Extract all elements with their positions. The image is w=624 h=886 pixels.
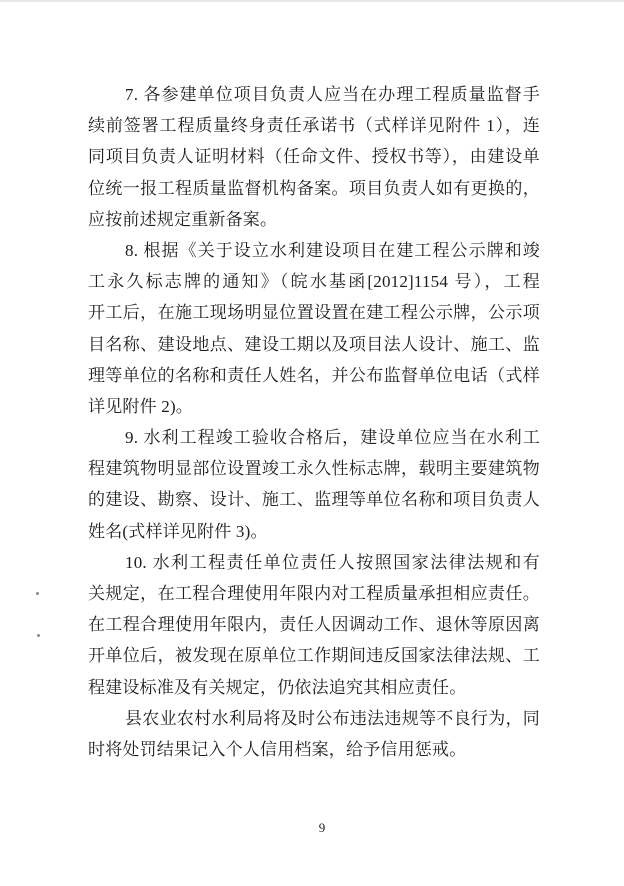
text-line: 在工程合理使用年限内，责任人因调动工作、退休等原因离	[88, 609, 540, 640]
document-text-block: 7. 各参建单位项目负责人应当在办理工程质量监督手 续前签署工程质量终身责任承诺…	[88, 79, 540, 765]
text-line: 7. 各参建单位项目负责人应当在办理工程质量监督手	[88, 79, 540, 110]
text-line: 8. 根据《关于设立水利建设项目在建工程公示牌和竣	[88, 235, 540, 266]
text-line: 关规定，在工程合理使用年限内对工程质量承担相应责任。	[88, 578, 540, 609]
scan-speck	[36, 592, 39, 595]
text-line: 理等单位的名称和责任人姓名，并公布监督单位电话（式样	[88, 360, 540, 391]
text-line: 开单位后，被发现在原单位工作期间违反国家法律法规、工	[88, 640, 540, 671]
text-line: 应按前述规定重新备案。	[88, 204, 540, 235]
text-line: 续前签署工程质量终身责任承诺书（式样详见附件 1），连	[88, 110, 540, 141]
text-line: 目名称、建设地点、建设工期以及项目法人设计、施工、监	[88, 329, 540, 360]
text-line: 姓名(式样详见附件 3)。	[88, 516, 540, 547]
text-line: 工永久标志牌的通知》（皖水基函[2012]1154 号），工程	[88, 266, 540, 297]
text-line: 同项目负责人证明材料（任命文件、授权书等），由建设单	[88, 141, 540, 172]
text-line: 详见附件 2)。	[88, 391, 540, 422]
paragraph-item-8: 8. 根据《关于设立水利建设项目在建工程公示牌和竣 工永久标志牌的通知》（皖水基…	[88, 235, 540, 422]
page-number: 9	[20, 820, 624, 836]
text-line: 县农业农村水利局将及时公布违法违规等不良行为，同	[88, 703, 540, 734]
text-line: 时将处罚结果记入个人信用档案，给予信用惩戒。	[88, 734, 540, 765]
paragraph-item-9: 9. 水利工程竣工验收合格后，建设单位应当在水利工 程建筑物明显部位设置竣工永久…	[88, 422, 540, 547]
paragraph-item-10: 10. 水利工程责任单位责任人按照国家法律法规和有 关规定，在工程合理使用年限内…	[88, 547, 540, 703]
text-line: 程建筑物明显部位设置竣工永久性标志牌，载明主要建筑物	[88, 453, 540, 484]
text-line: 10. 水利工程责任单位责任人按照国家法律法规和有	[88, 547, 540, 578]
text-line: 开工后，在施工现场明显位置设置在建工程公示牌，公示项	[88, 297, 540, 328]
paragraph-item-7: 7. 各参建单位项目负责人应当在办理工程质量监督手 续前签署工程质量终身责任承诺…	[88, 79, 540, 235]
scan-speck	[37, 634, 40, 637]
paragraph-closing: 县农业农村水利局将及时公布违法违规等不良行为，同 时将处罚结果记入个人信用档案，…	[88, 703, 540, 765]
text-line: 9. 水利工程竣工验收合格后，建设单位应当在水利工	[88, 422, 540, 453]
text-line: 位统一报工程质量监督机构备案。项目负责人如有更换的，	[88, 173, 540, 204]
scan-edge-artifact	[0, 0, 624, 2]
text-line: 的建设、勘察、设计、施工、监理等单位名称和项目负责人	[88, 484, 540, 515]
document-page: 7. 各参建单位项目负责人应当在办理工程质量监督手 续前签署工程质量终身责任承诺…	[0, 0, 624, 886]
text-line: 程建设标准及有关规定，仍依法追究其相应责任。	[88, 672, 540, 703]
